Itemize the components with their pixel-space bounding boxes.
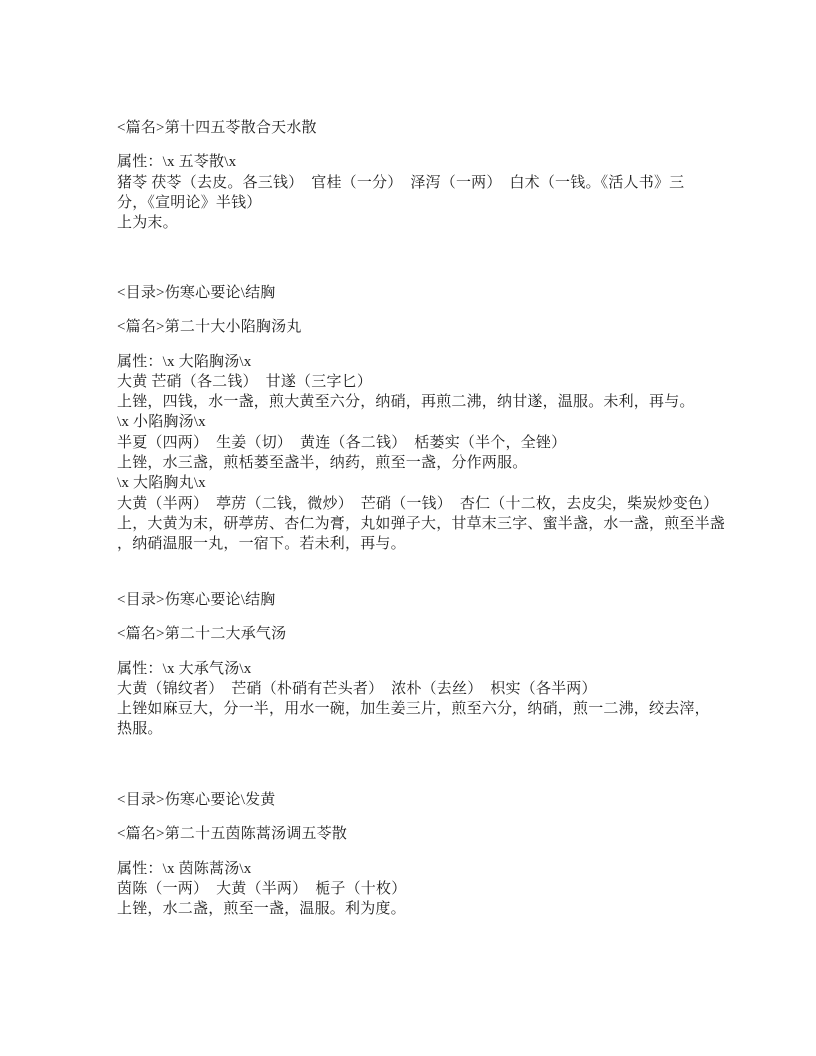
text-line: <目录>伤寒心要论\结胸 [117,283,776,303]
text-line: 茵陈（一两） 大黄（半两） 栀子（十枚） [117,879,776,899]
text-line: 上锉如麻豆大，分一半，用水一碗，加生姜三片，煎至六分，纳硝，煎一二沸，绞去滓， [117,699,776,719]
text-line: <目录>伤寒心要论\发黄 [117,790,776,810]
blank-line [117,138,776,152]
text-line: 分，《宣明论》半钱） [117,193,776,213]
text-line: <篇名>第二十大小陷胸汤丸 [117,317,776,337]
text-block-section-25-yinchenhaotang: <目录>伤寒心要论\发黄<篇名>第二十五茵陈蒿汤调五苓散属性：\x 茵陈蒿汤\x… [117,790,776,919]
text-line: ，纳硝温服一丸，一宿下。若未利，再与。 [117,534,776,554]
text-line: 属性：\x 茵陈蒿汤\x [117,859,776,879]
blank-line [117,338,776,352]
blank-line [117,845,776,859]
text-block-section-20-xianxiongtangwan: <目录>伤寒心要论\结胸<篇名>第二十大小陷胸汤丸属性：\x 大陷胸汤\x大黄 … [117,283,776,555]
blank-line [117,303,776,317]
text-line: 属性：\x 大陷胸汤\x [117,352,776,372]
document-page: <篇名>第十四五苓散合天水散属性：\x 五苓散\x猪苓 茯苓（去皮。各三钱） 官… [0,0,816,1056]
text-line: 上锉，四钱，水一盏，煎大黄至六分，纳硝，再煎二沸，纳甘遂，温服。未利，再与。 [117,392,776,412]
blank-line [117,610,776,624]
text-line: <篇名>第二十二大承气汤 [117,624,776,644]
text-line: 热服。 [117,719,776,739]
blank-line [117,645,776,659]
text-line: 上锉，水二盏，煎至一盏，温服。利为度。 [117,899,776,919]
text-line: 上锉，水三盏，煎栝蒌至盏半，纳药，煎至一盏，分作两服。 [117,453,776,473]
text-line: 属性：\x 大承气汤\x [117,659,776,679]
text-line: 上为末。 [117,213,776,233]
text-block-section-22-dachengqitang: <目录>伤寒心要论\结胸<篇名>第二十二大承气汤属性：\x 大承气汤\x大黄（锦… [117,590,776,740]
text-line: <篇名>第二十五茵陈蒿汤调五苓散 [117,824,776,844]
text-block-section-14-wulingsan: <篇名>第十四五苓散合天水散属性：\x 五苓散\x猪苓 茯苓（去皮。各三钱） 官… [117,118,776,233]
text-line: 属性：\x 五苓散\x [117,152,776,172]
text-line: 上，大黄为末，研葶苈、杏仁为膏，丸如弹子大，甘草末三字、蜜半盏，水一盏，煎至半盏 [117,514,776,534]
text-line: 半夏（四两） 生姜（切） 黄连（各二钱） 栝蒌实（半个，全锉） [117,433,776,453]
blank-line [117,810,776,824]
text-line: 大黄（锦纹者） 芒硝（朴硝有芒头者） 浓朴（去丝） 枳实（各半两） [117,679,776,699]
text-line: \x 大陷胸丸\x [117,473,776,493]
text-line: <篇名>第十四五苓散合天水散 [117,118,776,138]
text-line: <目录>伤寒心要论\结胸 [117,590,776,610]
text-line: 猪苓 茯苓（去皮。各三钱） 官桂（一分） 泽泻（一两） 白术（一钱。《活人书》三 [117,173,776,193]
text-line: \x 小陷胸汤\x [117,412,776,432]
text-line: 大黄 芒硝（各二钱） 甘遂（三字匕） [117,372,776,392]
text-line: 大黄（半两） 葶苈（二钱，微炒） 芒硝（一钱） 杏仁（十二枚，去皮尖，柴炭炒变色… [117,494,776,514]
